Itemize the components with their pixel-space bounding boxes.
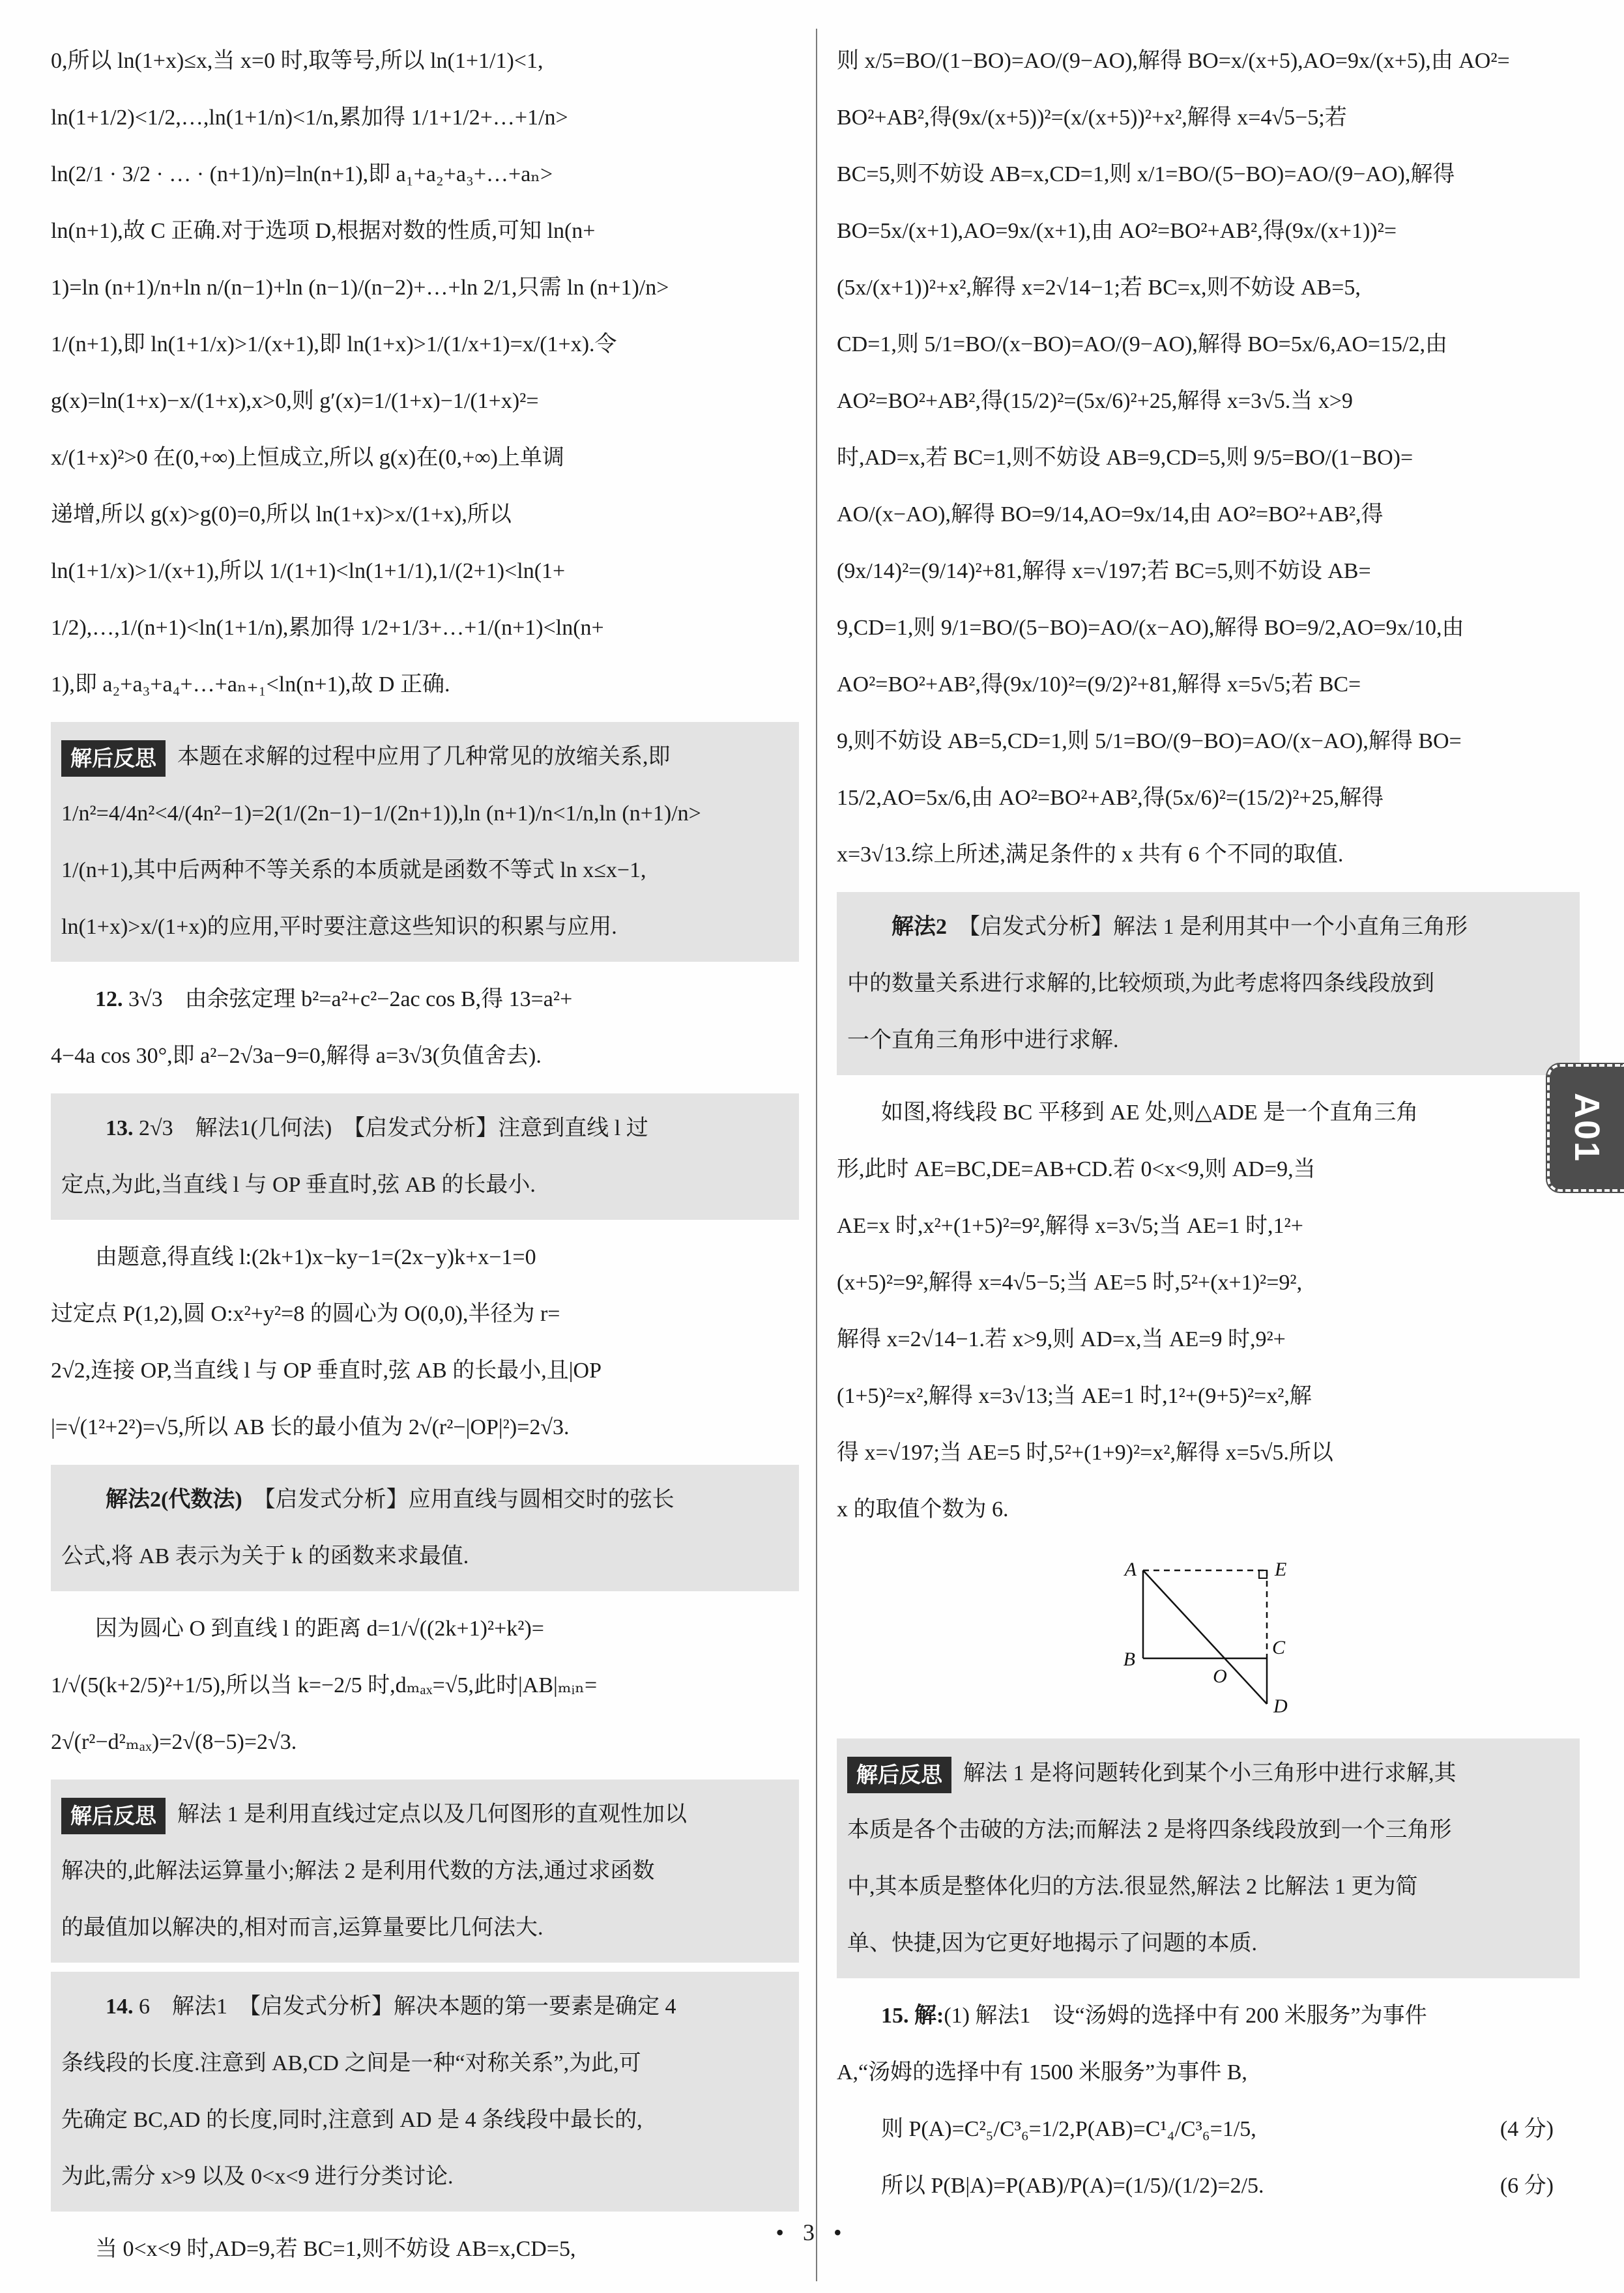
- text-line: 12. 3√3 由余弦定理 b²=a²+c²−2ac cos B,得 13=a²…: [51, 971, 799, 1028]
- reflection-block-3: 解后反思解法 1 是将问题转化到某个小三角形中进行求解,其本质是各个击破的方法;…: [837, 1738, 1580, 1978]
- figure-label-o: O: [1213, 1666, 1227, 1687]
- text-line: 14. 6 解法1 【启发式分析】解决本题的第一要素是确定 4: [61, 1978, 789, 2035]
- text-line: 解得 x=2√14−1.若 x>9,则 AD=x,当 AE=9 时,9²+: [837, 1311, 1580, 1368]
- text-line: ln(1+1/2)<1/2,…,ln(1+1/n)<1/n,累加得 1/1+1/…: [51, 89, 799, 146]
- text-line: (5x/(x+1))²+x²,解得 x=2√14−1;若 BC=x,则不妨设 A…: [837, 259, 1580, 316]
- text-line: ln(n+1),故 C 正确.对于选项 D,根据对数的性质,可知 ln(n+: [51, 203, 799, 259]
- text-line: x/(1+x)²>0 在(0,+∞)上恒成立,所以 g(x)在(0,+∞)上单调: [51, 429, 799, 486]
- text-line: BC=5,则不妨设 AB=x,CD=1,则 x/1=BO/(5−BO)=AO/(…: [837, 146, 1580, 203]
- text-line: 15. 解:(1) 解法1 设“汤姆的选择中有 200 米服务”为事件: [837, 1987, 1580, 2044]
- text-line: 解决的,此解法运算量小;解法 2 是利用代数的方法,通过求函数: [61, 1843, 789, 1899]
- answer-15: 15. 解:(1) 解法1 设“汤姆的选择中有 200 米服务”为事件A,“汤姆…: [837, 1987, 1580, 2214]
- text-line: x=3√13.综上所述,满足条件的 x 共有 6 个不同的取值.: [837, 826, 1580, 883]
- text-line: (9x/14)²=(9/14)²+81,解得 x=√197;若 BC=5,则不妨…: [837, 543, 1580, 599]
- score-note: (6 分): [1500, 2157, 1580, 2214]
- text-line: 解法2 【启发式分析】解法 1 是利用其中一个小直角三角形: [847, 899, 1569, 955]
- text-line: 为此,需分 x>9 以及 0<x<9 进行分类讨论.: [61, 2148, 789, 2205]
- text-line: 13. 2√3 解法1(几何法) 【启发式分析】注意到直线 l 过: [61, 1100, 789, 1157]
- text-line: 1/2),…,1/(n+1)<ln(1+1/n),累加得 1/2+1/3+…+1…: [51, 599, 799, 656]
- text-line: AO²=BO²+AB²,得(9x/10)²=(9/2)²+81,解得 x=5√5…: [837, 656, 1580, 713]
- text-line: 解法2(代数法) 【启发式分析】应用直线与圆相交时的弦长: [61, 1471, 789, 1528]
- document-page: 0,所以 ln(1+x)≤x,当 x=0 时,取等号,所以 ln(1+1/1)<…: [0, 0, 1624, 2293]
- text-line: 先确定 BC,AD 的长度,同时,注意到 AD 是 4 条线段中最长的,: [61, 2092, 789, 2148]
- text-line: BO²+AB²,得(9x/(x+5))²=(x/(x+5))²+x²,解得 x=…: [837, 89, 1580, 146]
- text-line: 0,所以 ln(1+x)≤x,当 x=0 时,取等号,所以 ln(1+1/1)<…: [51, 33, 799, 89]
- callout-label: 解后反思: [847, 1757, 951, 1793]
- callout-label: 解后反思: [61, 740, 166, 777]
- answer-14-method1-body: 则 x/5=BO/(1−BO)=AO/(9−AO),解得 BO=x/(x+5),…: [837, 33, 1580, 883]
- figure-label-c: C: [1272, 1637, 1286, 1658]
- figure-label-a: A: [1124, 1559, 1137, 1580]
- text-line: (x+5)²=9²,解得 x=4√5−5;当 AE=5 时,5²+(x+1)²=…: [837, 1254, 1580, 1311]
- text-line: 定点,为此,当直线 l 与 OP 垂直时,弦 AB 的长最小.: [61, 1157, 789, 1213]
- solution-11-continuation: 0,所以 ln(1+x)≤x,当 x=0 时,取等号,所以 ln(1+1/1)<…: [51, 33, 799, 713]
- text-line: 得 x=√197;当 AE=5 时,5²+(1+9)²=x²,解得 x=5√5.…: [837, 1424, 1580, 1481]
- text-line: 则 x/5=BO/(1−BO)=AO/(9−AO),解得 BO=x/(x+5),…: [837, 33, 1580, 89]
- text-line: 如图,将线段 BC 平移到 AE 处,则△ADE 是一个直角三角: [837, 1084, 1580, 1141]
- answer-13-method1-body: 由题意,得直线 l:(2k+1)x−ky−1=(2x−y)k+x−1=0过定点 …: [51, 1229, 799, 1456]
- text-line: 一个直角三角形中进行求解.: [847, 1012, 1569, 1069]
- text-line: AO/(x−AO),解得 BO=9/14,AO=9x/14,由 AO²=BO²+…: [837, 486, 1580, 543]
- text-line: g(x)=ln(1+x)−x/(1+x),x>0,则 g′(x)=1/(1+x)…: [51, 373, 799, 429]
- text-line: AE=x 时,x²+(1+5)²=9²,解得 x=3√5;当 AE=1 时,1²…: [837, 1198, 1580, 1254]
- answer-12: 12. 3√3 由余弦定理 b²=a²+c²−2ac cos B,得 13=a²…: [51, 971, 799, 1084]
- score-note: (4 分): [1500, 2101, 1580, 2157]
- text-line: 中,其本质是整体化归的方法.很显然,解法 2 比解法 1 更为简: [847, 1858, 1569, 1915]
- text-line: 则 P(A)=C²₅/C³₆=1/2,P(AB)=C¹₄/C³₆=1/5,(4 …: [837, 2101, 1580, 2157]
- section-tab-label: A01: [1567, 1093, 1607, 1163]
- triangle-diagram: A E B C O D: [1110, 1551, 1306, 1720]
- right-column: 则 x/5=BO/(1−BO)=AO/(9−AO),解得 BO=x/(x+5),…: [816, 29, 1580, 2281]
- text-line: 解后反思解法 1 是利用直线过定点以及几何图形的直观性加以: [61, 1786, 789, 1843]
- text-line: BO=5x/(x+1),AO=9x/(x+1),由 AO²=BO²+AB²,得(…: [837, 203, 1580, 259]
- text-line: |=√(1²+2²)=√5,所以 AB 长的最小值为 2√(r²−|OP|²)=…: [51, 1399, 799, 1456]
- text-line: 1),即 a₂+a₃+a₄+…+aₙ₊₁<ln(n+1),故 D 正确.: [51, 656, 799, 713]
- text-line: 时,AD=x,若 BC=1,则不妨设 AB=9,CD=5,则 9/5=BO/(1…: [837, 429, 1580, 486]
- text-line: 1/n²=4/4n²<4/(4n²−1)=2(1/(2n−1)−1/(2n+1)…: [61, 785, 789, 842]
- figure-label-b: B: [1124, 1649, 1135, 1670]
- text-line: 1/√(5(k+2/5)²+1/5),所以当 k=−2/5 时,dₘₐₓ=√5,…: [51, 1657, 799, 1714]
- text-line: 中的数量关系进行求解的,比较烦琐,为此考虑将四条线段放到: [847, 955, 1569, 1012]
- text-line: x 的取值个数为 6.: [837, 1481, 1580, 1538]
- text-line: 4−4a cos 30°,即 a²−2√3a−9=0,解得 a=3√3(负值舍去…: [51, 1028, 799, 1084]
- text-line: 单、快捷,因为它更好地揭示了问题的本质.: [847, 1915, 1569, 1972]
- callout-label: 解后反思: [61, 1798, 166, 1834]
- answer-13-method1-analysis: 13. 2√3 解法1(几何法) 【启发式分析】注意到直线 l 过定点,为此,当…: [51, 1093, 799, 1220]
- reflection-block-1: 解后反思本题在求解的过程中应用了几种常见的放缩关系,即1/n²=4/4n²<4/…: [51, 722, 799, 962]
- text-line: 15/2,AO=5x/6,由 AO²=BO²+AB²,得(5x/6)²=(15/…: [837, 770, 1580, 826]
- answer-14-method2-body: 如图,将线段 BC 平移到 AE 处,则△ADE 是一个直角三角形,此时 AE=…: [837, 1084, 1580, 1538]
- text-line: 递增,所以 g(x)>g(0)=0,所以 ln(1+x)>x/(1+x),所以: [51, 486, 799, 543]
- text-line: 解后反思本题在求解的过程中应用了几种常见的放缩关系,即: [61, 728, 789, 785]
- text-line: 9,CD=1,则 9/1=BO/(5−BO)=AO/(x−AO),解得 BO=9…: [837, 599, 1580, 656]
- text-line: 由题意,得直线 l:(2k+1)x−ky−1=(2x−y)k+x−1=0: [51, 1229, 799, 1286]
- answer-14-analysis: 14. 6 解法1 【启发式分析】解决本题的第一要素是确定 4条线段的长度.注意…: [51, 1972, 799, 2212]
- answer-13-method2-body: 因为圆心 O 到直线 l 的距离 d=1/√((2k+1)²+k²)=1/√(5…: [51, 1600, 799, 1770]
- text-line: AO²=BO²+AB²,得(15/2)²=(5x/6)²+25,解得 x=3√5…: [837, 373, 1580, 429]
- text-line: 公式,将 AB 表示为关于 k 的函数来求最值.: [61, 1528, 789, 1585]
- answer-14-method2-analysis: 解法2 【启发式分析】解法 1 是利用其中一个小直角三角形中的数量关系进行求解的…: [837, 892, 1580, 1075]
- reflection-block-2: 解后反思解法 1 是利用直线过定点以及几何图形的直观性加以解决的,此解法运算量小…: [51, 1780, 799, 1963]
- text-line: 因为圆心 O 到直线 l 的距离 d=1/√((2k+1)²+k²)=: [51, 1600, 799, 1657]
- text-line: 2√(r²−d²ₘₐₓ)=2√(8−5)=2√3.: [51, 1714, 799, 1770]
- geometry-figure: A E B C O D: [837, 1542, 1580, 1729]
- text-line: 1/(n+1),即 ln(1+1/x)>1/(x+1),即 ln(1+x)>1/…: [51, 316, 799, 373]
- text-line: 过定点 P(1,2),圆 O:x²+y²=8 的圆心为 O(0,0),半径为 r…: [51, 1286, 799, 1342]
- text-line: ln(1+x)>x/(1+x)的应用,平时要注意这些知识的积累与应用.: [61, 899, 789, 955]
- text-line: 形,此时 AE=BC,DE=AB+CD.若 0<x<9,则 AD=9,当: [837, 1141, 1580, 1198]
- text-line: 2√2,连接 OP,当直线 l 与 OP 垂直时,弦 AB 的长最小,且|OP: [51, 1342, 799, 1399]
- text-line: 9,则不妨设 AB=5,CD=1,则 5/1=BO/(9−BO)=AO/(x−A…: [837, 713, 1580, 770]
- two-column-layout: 0,所以 ln(1+x)≤x,当 x=0 时,取等号,所以 ln(1+1/1)<…: [0, 0, 1624, 2281]
- text-line: ln(1+1/x)>1/(x+1),所以 1/(1+1)<ln(1+1/1),1…: [51, 543, 799, 599]
- figure-label-d: D: [1273, 1695, 1288, 1717]
- text-line: ln(2/1 · 3/2 · … · (n+1)/n)=ln(n+1),即 a₁…: [51, 146, 799, 203]
- text-line: A,“汤姆的选择中有 1500 米服务”为事件 B,: [837, 2044, 1580, 2101]
- figure-label-e: E: [1274, 1559, 1286, 1580]
- text-line: 本质是各个击破的方法;而解法 2 是将四条线段放到一个三角形: [847, 1802, 1569, 1858]
- answer-13-method2-analysis: 解法2(代数法) 【启发式分析】应用直线与圆相交时的弦长公式,将 AB 表示为关…: [51, 1465, 799, 1591]
- text-line: (1+5)²=x²,解得 x=3√13;当 AE=1 时,1²+(9+5)²=x…: [837, 1368, 1580, 1424]
- text-line: CD=1,则 5/1=BO/(x−BO)=AO/(9−AO),解得 BO=5x/…: [837, 316, 1580, 373]
- section-tab: A01: [1547, 1064, 1624, 1192]
- left-column: 0,所以 ln(1+x)≤x,当 x=0 时,取等号,所以 ln(1+1/1)<…: [51, 29, 799, 2281]
- text-line: 1)=ln (n+1)/n+ln n/(n−1)+ln (n−1)/(n−2)+…: [51, 259, 799, 316]
- text-line: 所以 P(B|A)=P(AB)/P(A)=(1/5)/(1/2)=2/5.(6 …: [837, 2157, 1580, 2214]
- text-line: 条线段的长度.注意到 AB,CD 之间是一种“对称关系”,为此,可: [61, 2035, 789, 2092]
- text-line: 解后反思解法 1 是将问题转化到某个小三角形中进行求解,其: [847, 1745, 1569, 1802]
- page-number: • 3 •: [0, 2219, 1624, 2246]
- text-line: 1/(n+1),其中后两种不等关系的本质就是函数不等式 ln x≤x−1,: [61, 842, 789, 899]
- text-line: 的最值加以解决的,相对而言,运算量要比几何法大.: [61, 1899, 789, 1956]
